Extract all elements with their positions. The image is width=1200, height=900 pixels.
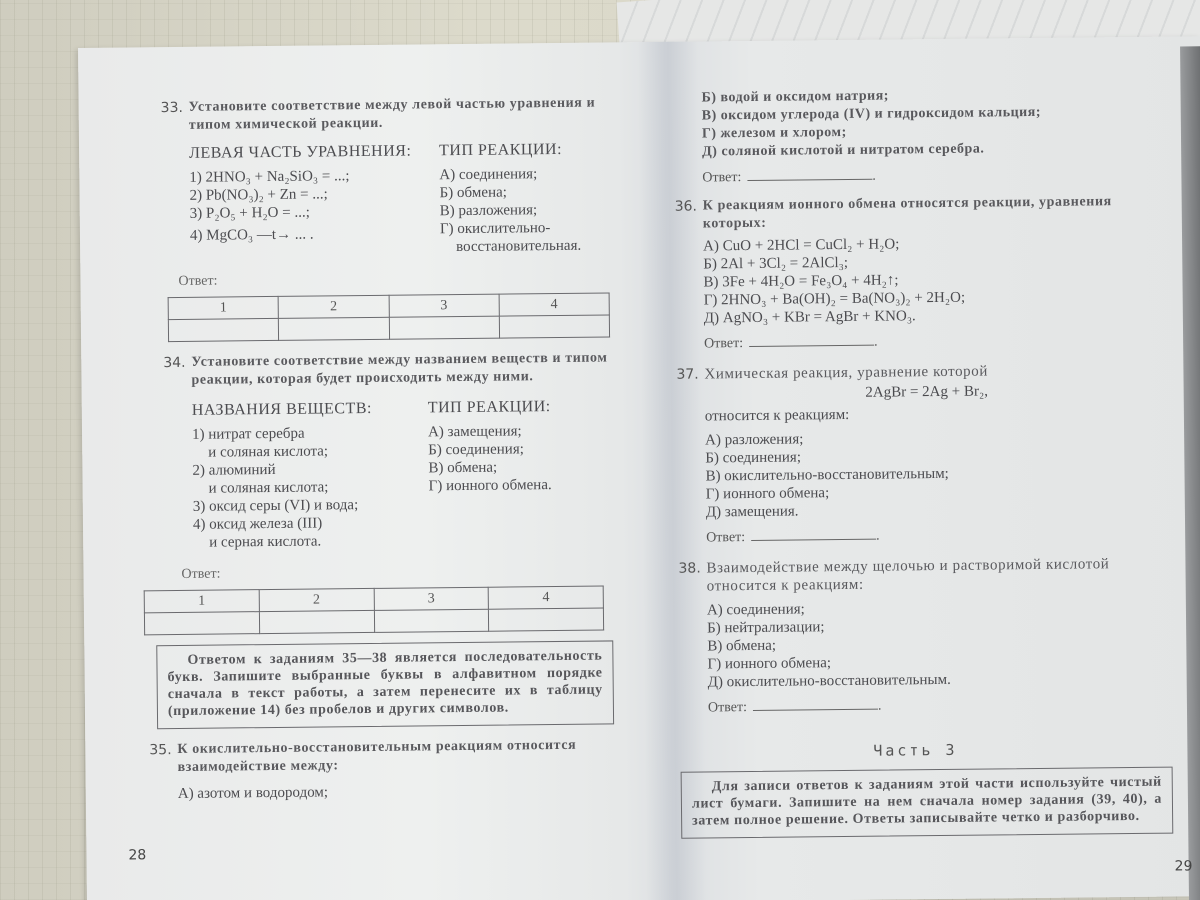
answer-blank[interactable]: [749, 345, 874, 347]
answer-label: Ответ:: [708, 700, 747, 715]
right-page: Б) водой и оксидом натрия; В) оксидом уг…: [673, 81, 1151, 839]
question-prompt: К реакциям ионного обмена относятся реак…: [703, 193, 1145, 234]
substance-item: и серная кислота.: [193, 531, 429, 551]
answer-cell[interactable]: [389, 316, 499, 339]
answer-label: Ответ:: [181, 561, 610, 583]
answer-blank[interactable]: [751, 539, 876, 541]
reaction-type-item: А) замещения;: [428, 421, 609, 441]
answer-label: Ответ:: [702, 170, 741, 185]
answer-cell[interactable]: [499, 315, 609, 338]
answer-option: Д) замещения.: [706, 499, 1148, 522]
answer-cell[interactable]: [259, 610, 374, 633]
question-prompt: К окислительно-восстановительным реакция…: [177, 736, 612, 777]
answer-column-header: 3: [374, 587, 489, 610]
question-35-continued: Б) водой и оксидом натрия; В) оксидом уг…: [673, 85, 1144, 188]
left-page: 33. Установите соответствие между левой …: [161, 94, 613, 809]
answer-blank[interactable]: [747, 179, 872, 181]
question-prompt: Установите соответствие между названием …: [191, 349, 608, 389]
question-number: 38.: [678, 559, 706, 595]
answer-column-header: 1: [144, 590, 259, 613]
answer-blank[interactable]: [753, 709, 878, 711]
answer-cell[interactable]: [279, 317, 389, 340]
question-34: 34. Установите соответствие между назван…: [163, 349, 611, 635]
answer-cell[interactable]: [374, 609, 489, 632]
column-title: НАЗВАНИЯ ВЕЩЕСТВ:: [192, 399, 428, 419]
page-number-left: 28: [128, 847, 146, 863]
answer-label: Ответ:: [704, 336, 743, 351]
reaction-type-item: Б) обмена;: [439, 182, 606, 202]
question-prompt: Установите соответствие между левой част…: [189, 94, 606, 134]
question-number: 37.: [676, 365, 704, 383]
answer-line: Ответ:.: [676, 331, 1146, 354]
reaction-equation: 2AgBr = 2Ag + Br₂,: [677, 381, 1147, 404]
answer-option: Д) окислительно-восстановительным.: [708, 669, 1150, 692]
instruction-box: Для записи ответов к заданиям этой части…: [681, 767, 1174, 839]
question-38: 38. Взаимодействие между щелочью и раств…: [678, 555, 1150, 718]
open-workbook: 33. Установите соответствие между левой …: [78, 36, 1200, 900]
answer-cell[interactable]: [168, 318, 278, 341]
answer-table: 1 2 3 4: [168, 292, 610, 342]
reaction-type-item: В) обмена;: [428, 457, 609, 477]
column-title: ЛЕВАЯ ЧАСТЬ УРАВНЕНИЯ:: [189, 142, 439, 163]
answer-cell[interactable]: [489, 608, 604, 631]
column-title: ТИП РЕАКЦИИ:: [439, 140, 606, 160]
column-title: ТИП РЕАКЦИИ:: [428, 397, 609, 417]
question-prompt: Взаимодействие между щелочью и растворим…: [706, 555, 1148, 596]
answer-label: Ответ:: [178, 268, 607, 290]
answer-column-header: 2: [259, 588, 374, 611]
answer-option: Д) соляной кислотой и нитратом серебра.: [702, 139, 1144, 162]
answer-column-header: 4: [488, 586, 603, 609]
question-number: 35.: [149, 741, 177, 777]
reaction-type-item: Г) ионного обмена.: [429, 475, 610, 495]
question-number: 36.: [675, 197, 703, 233]
answer-line: Ответ:.: [674, 165, 1144, 188]
page-number-right: 29: [1175, 858, 1193, 874]
answer-option: Д) AgNO₃ + KBr = AgBr + KNO₃.: [704, 305, 1146, 328]
reaction-type-item: восстановительная.: [440, 236, 607, 256]
reaction-type-item: А) соединения;: [439, 164, 606, 184]
equation-item: 3) P₂O₅ + H₂O = ...;: [190, 202, 440, 223]
answer-line: Ответ:.: [680, 695, 1150, 718]
answer-column-header: 1: [168, 296, 278, 319]
book-edge: [1180, 46, 1200, 900]
answer-option: А) азотом и водородом;: [178, 780, 613, 803]
answer-line: Ответ:.: [678, 525, 1148, 548]
instruction-box: Ответом к заданиям 35—38 является послед…: [156, 640, 614, 729]
answer-table: 1 2 3 4: [144, 586, 604, 636]
question-number: 34.: [163, 354, 191, 390]
reaction-type-item: Г) окислительно-: [440, 218, 607, 238]
answer-column-header: 4: [499, 293, 609, 316]
answer-cell[interactable]: [144, 612, 259, 635]
equation-item: 4) MgCO₃ —t→ ... .: [190, 224, 440, 245]
answer-label: Ответ:: [706, 530, 745, 545]
reaction-type-item: В) разложения;: [440, 200, 607, 220]
question-35: 35. К окислительно-восстановительным реа…: [149, 736, 613, 803]
section-title: Часть 3: [680, 739, 1150, 762]
question-prompt-tail: относится к реакциям:: [677, 403, 1147, 426]
question-37: 37. Химическая реакция, уравнение которо…: [676, 361, 1148, 548]
reaction-type-item: Б) соединения;: [428, 439, 609, 459]
question-prompt: Химическая реакция, уравнение которой: [704, 362, 988, 383]
answer-column-header: 2: [278, 295, 388, 318]
question-33: 33. Установите соответствие между левой …: [161, 94, 609, 342]
question-number: 33.: [161, 99, 189, 135]
question-36: 36. К реакциям ионного обмена относятся …: [675, 193, 1147, 354]
answer-column-header: 3: [389, 294, 499, 317]
